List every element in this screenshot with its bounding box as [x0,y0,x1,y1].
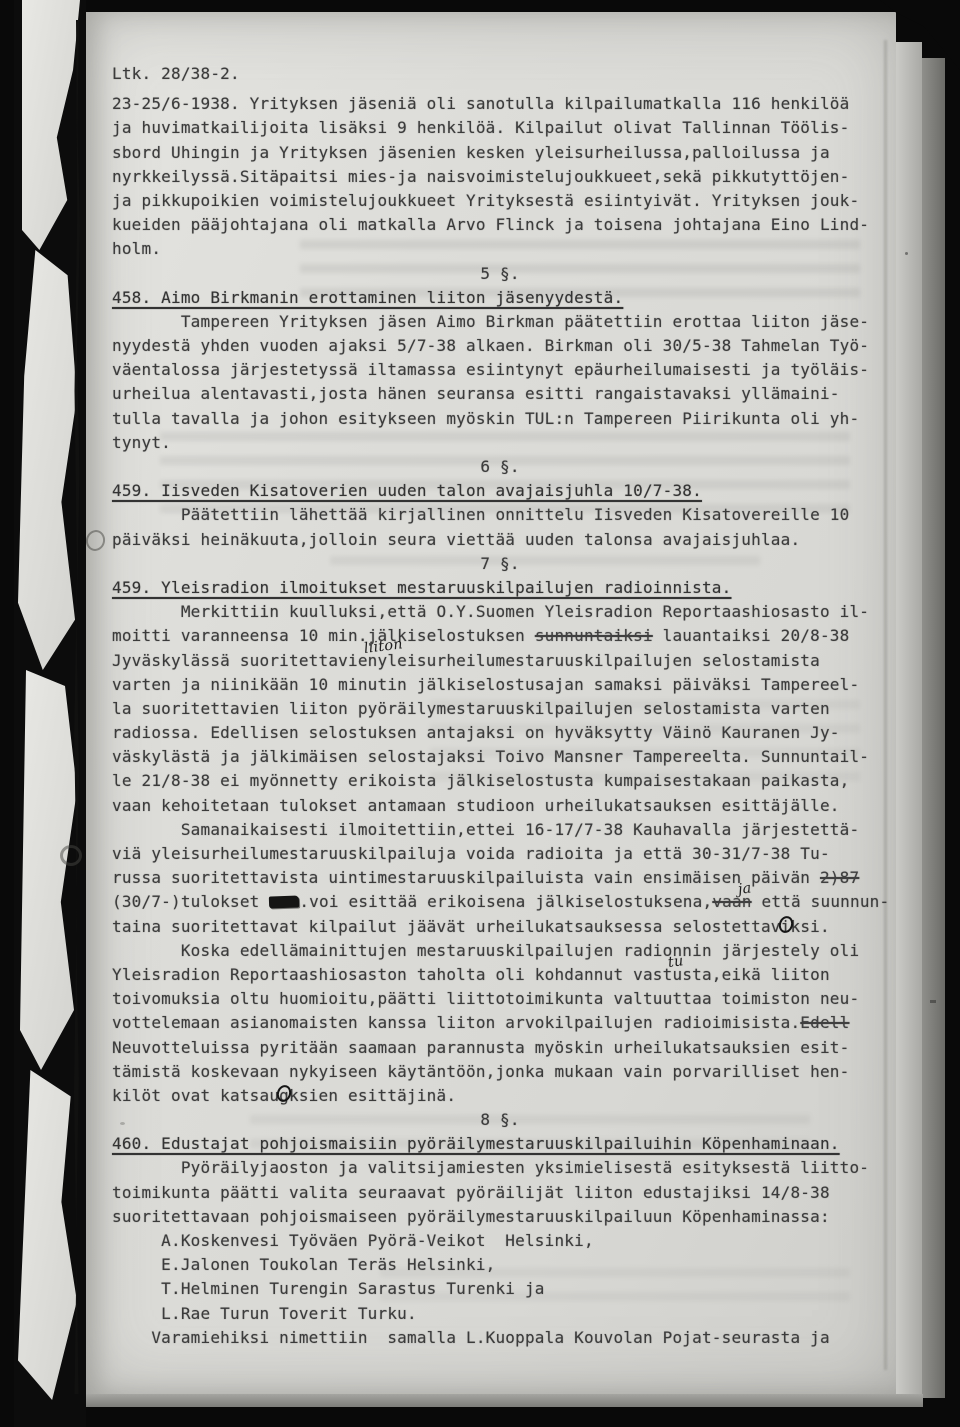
section-458-paragraph: nyydestä yhden vuoden ajaksi 5/7-38 alka… [112,334,888,358]
section-459b-paragraph-3: Koska edellämainittujen mestaruuskilpail… [112,939,888,963]
struck-out-text: sunnuntaiksi [535,626,653,645]
section-heading: 459. Iisveden Kisatoverien uuden talon a… [112,479,888,503]
section-460-paragraph: suoritettavaan pohjoismaiseen pyöräilyme… [112,1205,888,1229]
section-heading: 458. Aimo Birkmanin erottaminen liiton j… [112,286,888,310]
section-459b-paragraph-3: tämistä koskevaan nykyiseen käytäntöön,j… [112,1060,888,1084]
section-459a-paragraph: Päätettiin lähettää kirjallinen onnittel… [112,503,888,527]
paragraph-mark: 5 §. [112,262,888,286]
section-458-paragraph: urheilua alentavasti,josta hänen seurans… [112,382,888,406]
bottom-page-edge [55,1394,923,1407]
cyclist-list: A.Koskenvesi Työväen Pyörä-Veikot Helsin… [112,1229,888,1253]
section-459b-paragraph-3: Neuvotteluissa pyritään saamaan parannus… [112,1036,888,1060]
section-459b-paragraph-2: viä yleisurheilumestaruuskilpailuja void… [112,842,888,866]
stacked-page-edge [896,42,922,1394]
section-459b-paragraph-2: taina suoritettavat kilpailut jäävät urh… [112,915,888,939]
struck-out-text: Edell [800,1013,849,1032]
intro-paragraph: 23-25/6-1938. Yrityksen jäseniä oli sano… [112,92,888,116]
section-458-paragraph: tynyt. [112,431,888,455]
section-458-paragraph: Tampereen Yrityksen jäsen Aimo Birkman p… [112,310,888,334]
section-459a-paragraph: päiväksi heinäkuuta,jolloin seura viettä… [112,528,888,552]
section-heading: 459. Yleisradion ilmoitukset mestaruuski… [112,576,888,600]
section-460-paragraph: toimikunta päätti valita seuraavat pyörä… [112,1181,888,1205]
section-heading: 460. Edustajat pohjoismaisiin pyöräilyme… [112,1132,888,1156]
section-459b-paragraph-3: vottelemaan asianomaisten kanssa liiton … [112,1011,888,1035]
section-459b-paragraph-1: väskylästä ja jälkimäisen selostajaksi T… [112,745,888,769]
cyclist-list: T.Helminen Turengin Sarastus Turenki ja [112,1277,888,1301]
section-459b-paragraph-2: Samanaikaisesti ilmoitettiin,ettei 16-17… [112,818,888,842]
intro-paragraph: sbord Uhingin ja Yrityksen jäsenien kesk… [112,141,888,165]
section-459b-paragraph-1: la suoritettavien liiton pyöräilymestaru… [112,697,888,721]
ink-speck [930,1000,936,1003]
section-heading-text: 460. Edustajat pohjoismaisiin pyöräilyme… [112,1134,840,1153]
cyclist-list: L.Rae Turun Toverit Turku. [112,1302,888,1326]
typewritten-text-column: Ltk. 28/38-2.23-25/6-1938. Yrityksen jäs… [112,62,888,1350]
section-460-paragraph: Pyöräilyjaoston ja valitsijamiesten yksi… [112,1156,888,1180]
ink-speck [905,252,908,255]
section-459b-paragraph-2: (30/7-)tulokset .voi esittää erikoisena … [112,890,888,914]
section-459b-paragraph-1: le 21/8-38 ei myönnetty erikoista jälkis… [112,769,888,793]
section-459b-paragraph-3: kilöt ovat katsaugksien esittäjinä. [112,1084,888,1108]
paragraph-mark: 7 §. [112,552,888,576]
section-459b-paragraph-1: Merkittiin kuulluksi,että O.Y.Suomen Yle… [112,600,888,624]
section-459b-paragraph-1: radiossa. Edellisen selostuksen antajaks… [112,721,888,745]
section-459b-paragraph-1: moitti varanneensa 10 min.jälkiselostuks… [112,624,888,648]
hand-corrected-character: g [279,1084,289,1108]
section-458-paragraph: tulla tavalla ja johon esitykseen myöski… [112,407,888,431]
section-459b-paragraph-1: vaan kehoitetaan tulokset antamaan studi… [112,794,888,818]
closing-line: Varamiehiksi nimettiin samalla L.Kuoppal… [112,1326,888,1350]
section-459b-paragraph-1: Jyväskylässä suoritettavienliitonyleisur… [112,649,888,673]
section-459b-paragraph-3: toivomuksia oltu huomioitu,päätti liitto… [112,987,888,1011]
section-heading-text: 458. Aimo Birkmanin erottaminen liiton j… [112,288,623,307]
section-459b-paragraph-2: russa suoritettavista uintimestaruuskilp… [112,866,888,890]
struck-out-text: 2)87 [820,868,859,887]
document-reference-label: Ltk. 28/38-2. [112,62,888,86]
paragraph-mark: 8 §. [112,1108,888,1132]
intro-paragraph: ja pikkupoikien voimistelujoukkueet Yrit… [112,189,888,213]
intro-paragraph: ja huvimatkailijoita lisäksi 9 henkilöä.… [112,116,888,140]
paragraph-mark: 6 §. [112,455,888,479]
intro-paragraph: nyrkkeilyssä.Sitäpaitsi mies-ja naisvoim… [112,165,888,189]
section-heading-text: 459. Iisveden Kisatoverien uuden talon a… [112,481,702,500]
ring-stain [60,845,82,866]
hand-corrected-character: i [781,915,791,939]
intro-paragraph: holm. [112,237,888,261]
section-heading-text: 459. Yleisradion ilmoitukset mestaruuski… [112,578,731,597]
section-458-paragraph: väentalossa järjestetyssä iltamassa esii… [112,358,888,382]
intro-paragraph: kueiden pääjohtajana oli matkalla Arvo F… [112,213,888,237]
ink-blot-redaction [269,896,299,909]
scanned-document-page: { "colors":{"scan_background":"#090909",… [0,0,960,1427]
stacked-page-edge-dark [922,58,945,1398]
section-459b-paragraph-3: Yleisradion Reportaashiosaston taholta o… [112,963,888,987]
section-459b-paragraph-1: varten ja niinikään 10 minutin jälkiselo… [112,673,888,697]
cyclist-list: E.Jalonen Toukolan Teräs Helsinki, [112,1253,888,1277]
